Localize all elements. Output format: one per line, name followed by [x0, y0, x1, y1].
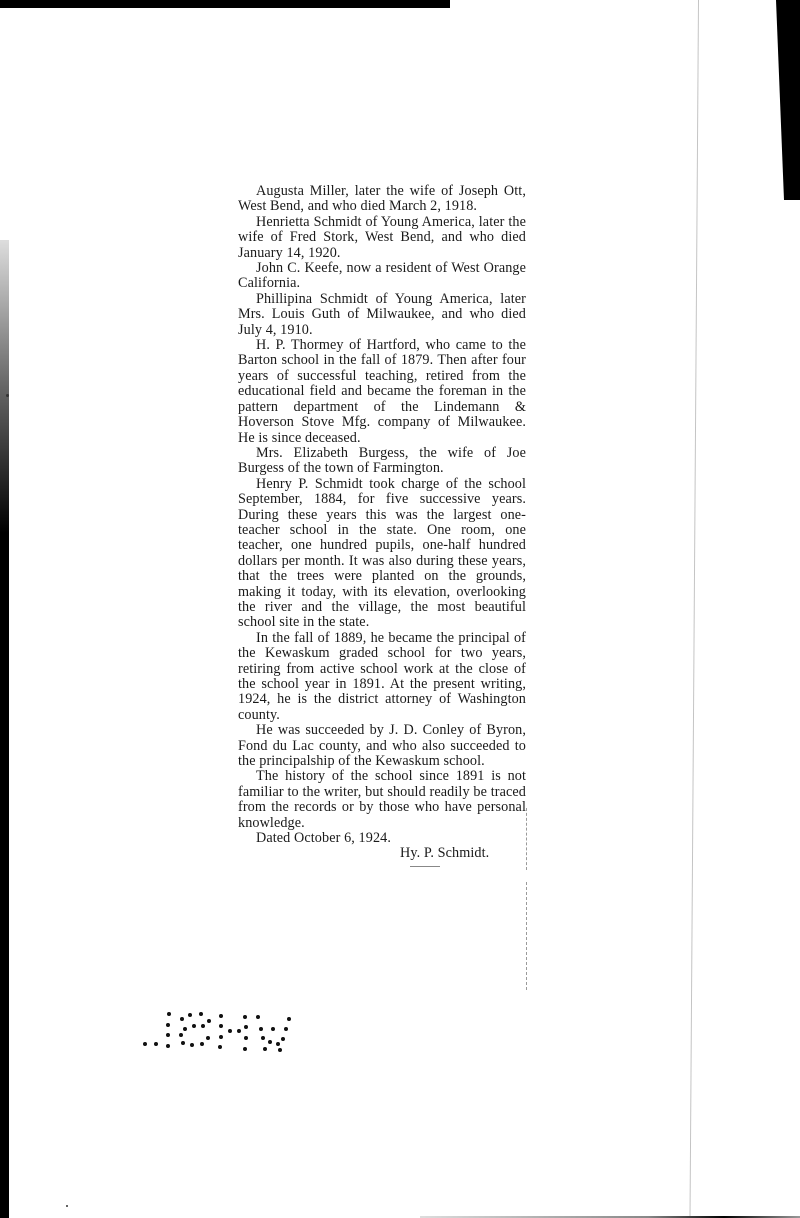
perforation-dot: [180, 1017, 184, 1021]
perforation-dot: [263, 1047, 267, 1051]
perforation-dot: [181, 1041, 185, 1045]
paragraph: In the fall of 1889, he became the princ…: [238, 631, 526, 723]
margin-rule: [526, 882, 528, 990]
perforation-dot: [271, 1027, 275, 1031]
perforation-dot: [207, 1019, 211, 1023]
perforation-dot: [276, 1042, 280, 1046]
perforation-dot: [190, 1043, 194, 1047]
paragraph: John C. Keefe, now a resident of West Or…: [238, 261, 526, 292]
date-line: Dated October 6, 1924.: [238, 831, 526, 846]
perforation-dot: [219, 1014, 223, 1018]
perforation-dot: [243, 1047, 247, 1051]
perforation-dot: [287, 1017, 291, 1021]
paragraph: The history of the school since 1891 is …: [238, 769, 526, 831]
perforation-dot: [166, 1023, 170, 1027]
perforation-dot: [201, 1024, 205, 1028]
perforation-dot: [200, 1042, 204, 1046]
perforation-dot: [284, 1027, 288, 1031]
perforation-dot: [268, 1040, 272, 1044]
perforation-dot: [183, 1027, 187, 1031]
perforation-dot: [166, 1044, 170, 1048]
paragraph: Augusta Miller, later the wife of Joseph…: [238, 184, 526, 215]
perforation-dot: [243, 1015, 247, 1019]
stray-mark: [66, 1205, 68, 1207]
paragraph: Henrietta Schmidt of Young America, late…: [238, 215, 526, 261]
scan-top-edge: [0, 0, 450, 8]
document-text-column: Augusta Miller, later the wife of Joseph…: [238, 184, 526, 867]
paragraph: He was succeeded by J. D. Conley of Byro…: [238, 723, 526, 769]
perforation-dot: [281, 1037, 285, 1041]
perforation-dot: [259, 1027, 263, 1031]
perforation-dot: [219, 1024, 223, 1028]
perforation-dot: [219, 1035, 223, 1039]
scan-left-edge: [0, 240, 9, 1218]
margin-rule: [526, 808, 528, 870]
paragraph: Mrs. Elizabeth Burgess, the wife of Joe …: [238, 446, 526, 477]
perforation-dot: [192, 1024, 196, 1028]
signature: Hy. P. Schmidt.: [238, 846, 526, 861]
perforated-dots-icon: [130, 1000, 310, 1070]
scan-right-edge: [772, 0, 800, 200]
perforation-dot: [244, 1036, 248, 1040]
perforation-dot: [244, 1025, 248, 1029]
perforation-dot: [218, 1045, 222, 1049]
perforation-dot: [166, 1033, 170, 1037]
page-fold-line: [689, 0, 699, 1218]
perforation-dot: [179, 1033, 183, 1037]
perforation-dot: [188, 1013, 192, 1017]
paragraph: Phillipina Schmidt of Young America, lat…: [238, 292, 526, 338]
perforation-dot: [143, 1042, 147, 1046]
signature-rule: [410, 866, 440, 867]
perforation-dot: [256, 1015, 260, 1019]
stray-mark: [6, 394, 9, 397]
perforation-dot: [261, 1036, 265, 1040]
perforation-dot: [154, 1042, 158, 1046]
perforation-dot: [199, 1012, 203, 1016]
paragraph: H. P. Thormey of Hartford, who came to t…: [238, 338, 526, 446]
perforation-dot: [278, 1048, 282, 1052]
perforation-dot: [167, 1012, 171, 1016]
perforation-dot: [228, 1029, 232, 1033]
paragraph: Henry P. Schmidt took charge of the scho…: [238, 477, 526, 631]
perforation-dot: [237, 1029, 241, 1033]
perforation-dot: [206, 1036, 210, 1040]
